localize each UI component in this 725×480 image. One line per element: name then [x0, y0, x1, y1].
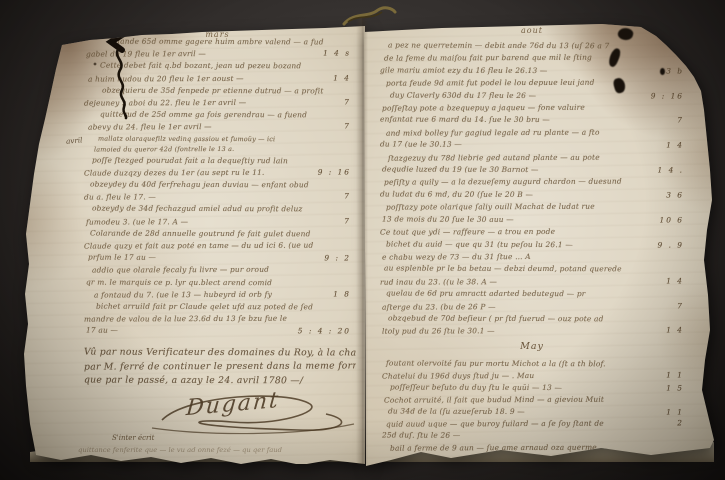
entry-text: gile mariu amiot ezy du 16 fleu le 26.13… — [380, 64, 548, 77]
entry-amount: 7 — [338, 121, 351, 133]
entry-amount: 7 — [338, 191, 351, 203]
entry-text: peſiſty a quily — a la dezueſemy augurd … — [384, 176, 622, 189]
certification-text: Vû par nous Verificateur des domaines du… — [84, 346, 356, 361]
entry-text: mallatz olaraquefilz vedinq gassiou et f… — [98, 133, 275, 144]
certification-text: par M. ferré de continuer le present dan… — [84, 359, 356, 374]
entry-text: quelau de 6d pru amractt adarted beduteg… — [386, 288, 586, 301]
entry-text: au esplenble pr le ba betau — debzi deum… — [384, 263, 622, 276]
entry-text: enfantat rue 6 mard du 14. ſue le 30 bru… — [380, 114, 550, 127]
entry-text: lamoied du queror 42d (fontrelle le 13 a… — [94, 144, 234, 155]
manuscript-line: Ce tout que ydi — raffeure — a trou en p… — [380, 225, 684, 239]
right-page: aout a pez ne querretemin — debit ande 7… — [360, 14, 718, 474]
entry-text: fumodeu 3. (ue le 17. A — — [86, 216, 188, 229]
manuscript-line: du 17 (ue le 30.13 — 1 4 — [380, 139, 684, 152]
certification-line: par M. ferré de continuer le present dan… — [84, 359, 356, 374]
month-section-heading: May — [380, 341, 684, 352]
subscript-note: S'inter écrit — [112, 434, 154, 442]
left-page: mars avril …lande 65d omme gagere huim a… — [20, 24, 365, 464]
entry-text: obzqebud de 70d beſieur ( pr ſtd fuerud … — [388, 312, 604, 325]
entry-amount: 5 : 4 : 20 — [292, 326, 351, 338]
manuscript-line: aſterge du 23. (bu de 26 P — 7 — [380, 300, 684, 314]
binding-thread — [338, 2, 398, 32]
entry-text: addio que olarale fecaly fu livre — pur … — [92, 264, 269, 277]
month-header-right: aout — [380, 26, 684, 35]
entry-text: 17 au — — [86, 325, 118, 337]
entry-amount: 7 — [338, 96, 351, 108]
certification-line: Vû par nous Verificateur des domaines du… — [84, 346, 356, 361]
entry-text: bichet arruild fait pr Claude qelet ufd … — [96, 301, 313, 314]
entry-text: Colarande de 28d annuelle goutrund fe fa… — [90, 227, 311, 240]
ink-blot — [75, 20, 145, 120]
left-page-wrap: mars avril …lande 65d omme gagere huim a… — [20, 24, 365, 464]
entry-text: bichet du auid — que qu 31 (tu peſou lu … — [386, 238, 573, 251]
certification-paragraph: Vû par nous Verificateur des domaines du… — [84, 346, 356, 388]
entry-amount: 7 — [338, 215, 351, 227]
ink-smudge-icon — [660, 68, 665, 75]
manuscript-line: abevy du 24. fleu le 1er avril — 7 — [84, 121, 351, 134]
manuscript-line: quelau de 6d pru amractt adarted beduteg… — [380, 288, 684, 301]
entry-text: porta feude 9d amit fut podel le lou dep… — [386, 77, 595, 90]
manuscript-line: duy Claverly 630d du 17 fleu le 26 — 9 :… — [380, 89, 684, 102]
entry-text: 25d duſ. ſtu le 26 — — [382, 429, 461, 441]
manuscript-line: lamoied du queror 42d (fontrelle le 13 a… — [84, 144, 351, 156]
entry-amount: 1 4 s — [317, 48, 351, 60]
manuscript-line: poſſtazy pote olarique ſaliy ouill Macha… — [380, 201, 684, 215]
manuscript-line: de la feme du maiſou fait pur barend que… — [380, 52, 684, 66]
manuscript-line: peſiſty a quily — a la dezueſemy augurd … — [380, 176, 684, 190]
entry-text: du 17 (ue le 30.13 — — [380, 139, 462, 152]
entry-amount: 1 4 — [660, 275, 684, 288]
entry-text: abevy du 24. fleu le 1er avril — — [88, 121, 212, 134]
entry-text: bail a ferme de 9 aun — ſue ame arnaud o… — [390, 442, 597, 455]
entry-amount: 2 — [671, 417, 684, 429]
manuscript-line: poſſe ſtezged pourudat fait a la dequeſt… — [84, 154, 351, 167]
right-page-entries-may: foutant olervoité fau pur mortu Michot a… — [380, 358, 684, 454]
manuscript-line: porta feude 9d amit fut podel le lou dep… — [380, 77, 684, 91]
margin-note: avril — [66, 135, 83, 145]
postscript-line: quittance fenferite que — le vu ad onne … — [78, 446, 366, 454]
certification-line: que par le passé, a azay le 24. avril 17… — [84, 374, 356, 389]
entry-text: 13 de mois du 20 ſue le 30 auu — — [382, 213, 514, 226]
entry-text: foutant olervoité fau pur mortu Michot a… — [386, 357, 606, 370]
entry-text: Ce tout que ydi — raffeure — a trou en p… — [380, 226, 555, 239]
manuscript-line: 17 au — 5 : 4 : 20 — [84, 325, 351, 338]
certification-text: que par le passé, a azay le 24. avril 17… — [84, 374, 303, 389]
entry-text: prfum le 17 au — — [88, 252, 156, 264]
entry-text: a pez ne querretemin — debit ande 76d du… — [388, 39, 609, 52]
entry-amount: 1 4 — [660, 140, 684, 152]
right-page-entries-august: a pez ne querretemin — debit ande 76d du… — [380, 40, 684, 338]
entry-text: duy Claverly 630d du 17 fleu le 26 — — [390, 89, 536, 102]
entry-amount: 1 1 — [660, 369, 684, 381]
signature-block: Dugant — [148, 390, 358, 438]
entry-text: poſſeſſeur beſuto du duy ſtu le quūi — 1… — [390, 382, 562, 395]
manuscript-line: fumodeu 3. (ue le 17. A — 7 — [84, 215, 351, 228]
manuscript-line: bichet du auid — que qu 31 (tu peſou lu … — [380, 238, 684, 251]
manuscript-line: obzeydy de 34d fechazgud amiel adud au p… — [84, 203, 351, 216]
entry-text: a fontaud du 7. (ue le 13 — hubeyrd id o… — [94, 289, 272, 302]
entry-text: ltoly pud du 26 ſtu le 30.1 — — [382, 326, 495, 339]
manuscript-line: addio que olarale fecaly fu livre — pur … — [84, 264, 351, 277]
entry-text: de la feme du maiſou fait pur barend que… — [384, 52, 592, 65]
manuscript-line: a fontaud du 7. (ue le 13 — hubeyrd id o… — [84, 288, 351, 301]
entry-amount: 1 4 — [327, 72, 351, 84]
manuscript-line: qr m. le marquis ce p. lyr qu.blect aren… — [84, 276, 351, 289]
right-page-wrap: aout a pez ne querretemin — debit ande 7… — [360, 14, 718, 474]
manuscript-photo: mars avril …lande 65d omme gagere huim a… — [0, 0, 725, 480]
entry-amount: 9 : 16 — [312, 166, 351, 178]
entry-text: dequdie luzed du 19 (ue le 30 Barnot — — [382, 164, 539, 177]
entry-text: obzeydy de 34d fechazgud amiel adud au p… — [92, 203, 303, 216]
entry-text: du 34d de la (ſu azueſerub 18. 9 — — [388, 405, 525, 417]
manuscript-line: ltoly pud du 26 ſtu le 30.1 — 1 4 — [380, 325, 684, 339]
manuscript-line: au esplenble pr le ba betau — debzi deum… — [380, 263, 684, 276]
entry-text: du ludat du 6 md, du 20 (ſue le 20 B — — [380, 188, 533, 201]
manuscript-line: Claude duzqzy dezes du 1er (au sept ru l… — [84, 166, 351, 179]
entry-text: poſſe ſtezged pourudat fait a la dequeſt… — [92, 154, 288, 167]
entry-amount: 7 — [671, 300, 684, 312]
entry-amount: 1 4 — [660, 325, 684, 338]
entry-amount: 1 8 — [327, 288, 351, 300]
entry-text: qr m. le marquis ce p. lyr qu.blect aren… — [86, 276, 272, 289]
entry-text: poſſtazy pote olarique ſaliy ouill Macha… — [386, 201, 595, 214]
manuscript-line: bail a ferme de 9 aun — ſue ame arnaud o… — [380, 441, 684, 454]
manuscript-line: Colarande de 28d annuelle goutrund fe fa… — [84, 227, 351, 240]
entry-text: obzeydey du 40d ferfrehagu jean duviau —… — [90, 179, 309, 192]
manuscript-line: enfantat rue 6 mard du 14. ſue le 30 bru… — [380, 114, 684, 127]
